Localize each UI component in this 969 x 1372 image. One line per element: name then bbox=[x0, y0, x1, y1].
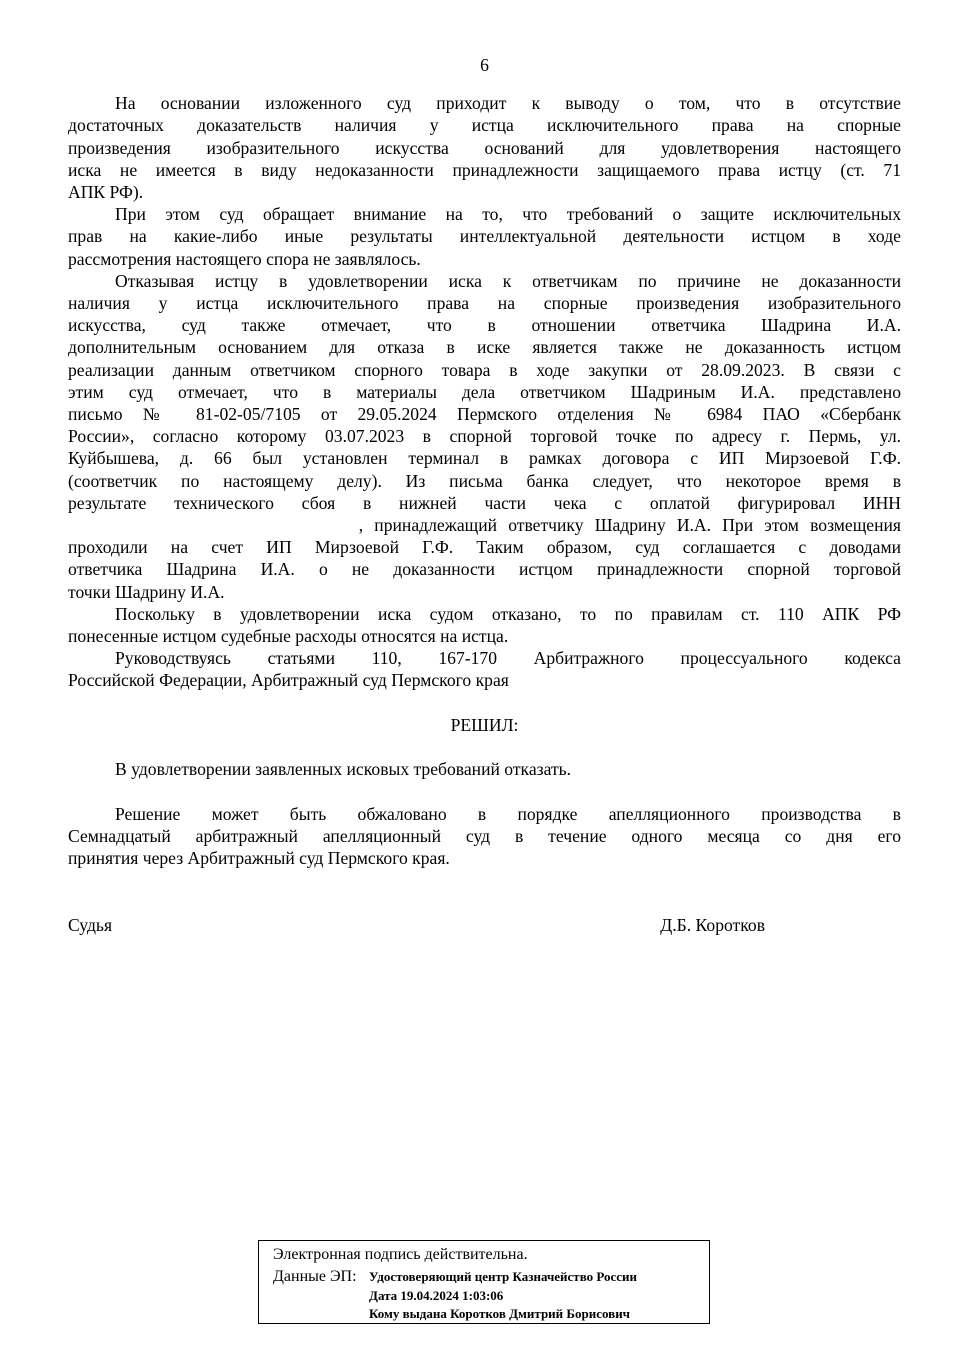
text-line: Руководствуясь статьями 110, 167-170 Арб… bbox=[68, 647, 901, 669]
text-line: дополнительным основанием для отказа в и… bbox=[68, 336, 901, 358]
text-line: На основании изложенного суд приходит к … bbox=[68, 92, 901, 114]
judge-label: Судья bbox=[68, 914, 112, 936]
text-line: АПК РФ). bbox=[68, 181, 901, 203]
paragraph-conclusion: На основании изложенного суд приходит к … bbox=[68, 92, 901, 203]
text-line: произведения изобразительного искусства … bbox=[68, 137, 901, 159]
text-line: проходили на счет ИП Мирзоевой Г.Ф. Таки… bbox=[68, 536, 901, 558]
paragraph-note: При этом суд обращает внимание на то, чт… bbox=[68, 203, 901, 270]
text-line: Семнадцатый арбитражный апелляционный су… bbox=[68, 825, 901, 847]
page-number: 6 bbox=[68, 54, 901, 76]
stamp-details: Удостоверяющий центр Казначейство России… bbox=[369, 1268, 637, 1324]
text-line: письмо № 81-02-05/7105 от 29.05.2024 Пер… bbox=[68, 403, 901, 425]
signature-row: Судья Д.Б. Коротков bbox=[68, 914, 901, 936]
judge-name: Д.Б. Коротков bbox=[660, 914, 765, 936]
text-line: реализации данным ответчиком спорного то… bbox=[68, 359, 901, 381]
text-line: ответчика Шадрина И.А. о не доказанности… bbox=[68, 558, 901, 580]
electronic-signature-stamp: Электронная подпись действительна. Данны… bbox=[258, 1240, 710, 1324]
text-line: искусства, суд также отмечает, что в отн… bbox=[68, 314, 901, 336]
paragraph-court-costs: Поскольку в удовлетворении иска судом от… bbox=[68, 603, 901, 647]
text-line: достаточных доказательств наличия у истц… bbox=[68, 114, 901, 136]
text-line: Куйбышева, д. 66 был установлен терминал… bbox=[68, 447, 901, 469]
text-line: результате технического сбоя в нижней ча… bbox=[68, 492, 901, 514]
text-line: При этом суд обращает внимание на то, чт… bbox=[68, 203, 901, 225]
text-line: понесенные истцом судебные расходы относ… bbox=[68, 625, 901, 647]
stamp-data-label: Данные ЭП: bbox=[273, 1268, 369, 1324]
text-line: точки Шадрину И.А. bbox=[68, 581, 901, 603]
text-line: России», согласно которому 03.07.2023 в … bbox=[68, 425, 901, 447]
text-line: принятия через Арбитражный суд Пермского… bbox=[68, 847, 901, 869]
text-line: прав на какие-либо иные результаты интел… bbox=[68, 225, 901, 247]
text-line: (соответчик по настоящему делу). Из пись… bbox=[68, 470, 901, 492]
paragraph-refusal-grounds: Отказывая истцу в удовлетворении иска к … bbox=[68, 270, 901, 603]
ruling-heading: РЕШИЛ: bbox=[68, 714, 901, 736]
stamp-valid-text: Электронная подпись действительна. bbox=[273, 1246, 701, 1264]
text-line: Решение может быть обжаловано в порядке … bbox=[68, 803, 901, 825]
text-line: Удостоверяющий центр Казначейство России bbox=[369, 1268, 637, 1287]
stamp-data-row: Данные ЭП: Удостоверяющий центр Казначей… bbox=[273, 1268, 701, 1324]
text-line: Кому выдана Коротков Дмитрий Борисович bbox=[369, 1305, 637, 1324]
document-page: 6 На основании изложенного суд приходит … bbox=[0, 0, 969, 1372]
text-line: Отказывая истцу в удовлетворении иска к … bbox=[68, 270, 901, 292]
text-line: наличия у истца исключительного права на… bbox=[68, 292, 901, 314]
text-line: Поскольку в удовлетворении иска судом от… bbox=[68, 603, 901, 625]
paragraph-appeal: Решение может быть обжаловано в порядке … bbox=[68, 803, 901, 870]
text-line: , принадлежащий ответчику Шадрину И.А. П… bbox=[68, 514, 901, 536]
text-line: рассмотрения настоящего спора не заявлял… bbox=[68, 248, 901, 270]
text-line: иска не имеется в виду недоказанности пр… bbox=[68, 159, 901, 181]
paragraph-guided-by: Руководствуясь статьями 110, 167-170 Арб… bbox=[68, 647, 901, 691]
text-line: Российской Федерации, Арбитражный суд Пе… bbox=[68, 669, 901, 691]
document-body: На основании изложенного суд приходит к … bbox=[68, 92, 901, 936]
text-line: этим суд отмечает, что в материалы дела … bbox=[68, 381, 901, 403]
ruling-text: В удовлетворении заявленных исковых треб… bbox=[68, 758, 901, 780]
text-line: Дата 19.04.2024 1:03:06 bbox=[369, 1287, 637, 1306]
